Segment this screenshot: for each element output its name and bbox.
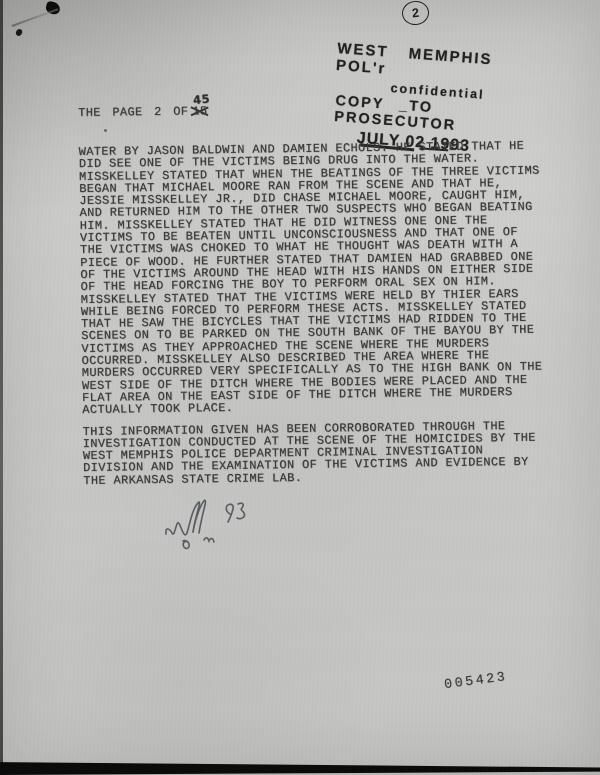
page-count-correction: 1545 bbox=[192, 104, 207, 118]
page-header-prefix: THE PAGE 2 OF bbox=[78, 104, 188, 120]
handwritten-date-scribble bbox=[158, 496, 258, 554]
typewritten-content: THE PAGE 2 OF1545 WATER BY JASON BALDWIN… bbox=[78, 99, 563, 487]
scan-artifact-left-edge bbox=[0, 0, 3, 775]
typed-paragraph-2: THIS INFORMATION GIVEN HAS BEEN CORROBOR… bbox=[82, 419, 563, 487]
handwritten-page-count: 45 bbox=[192, 91, 210, 107]
typed-paragraph-1: WATER BY JASON BALDWIN AND DAMIEN ECHOLS… bbox=[79, 139, 563, 416]
circled-page-number-text: 2 bbox=[411, 6, 419, 21]
